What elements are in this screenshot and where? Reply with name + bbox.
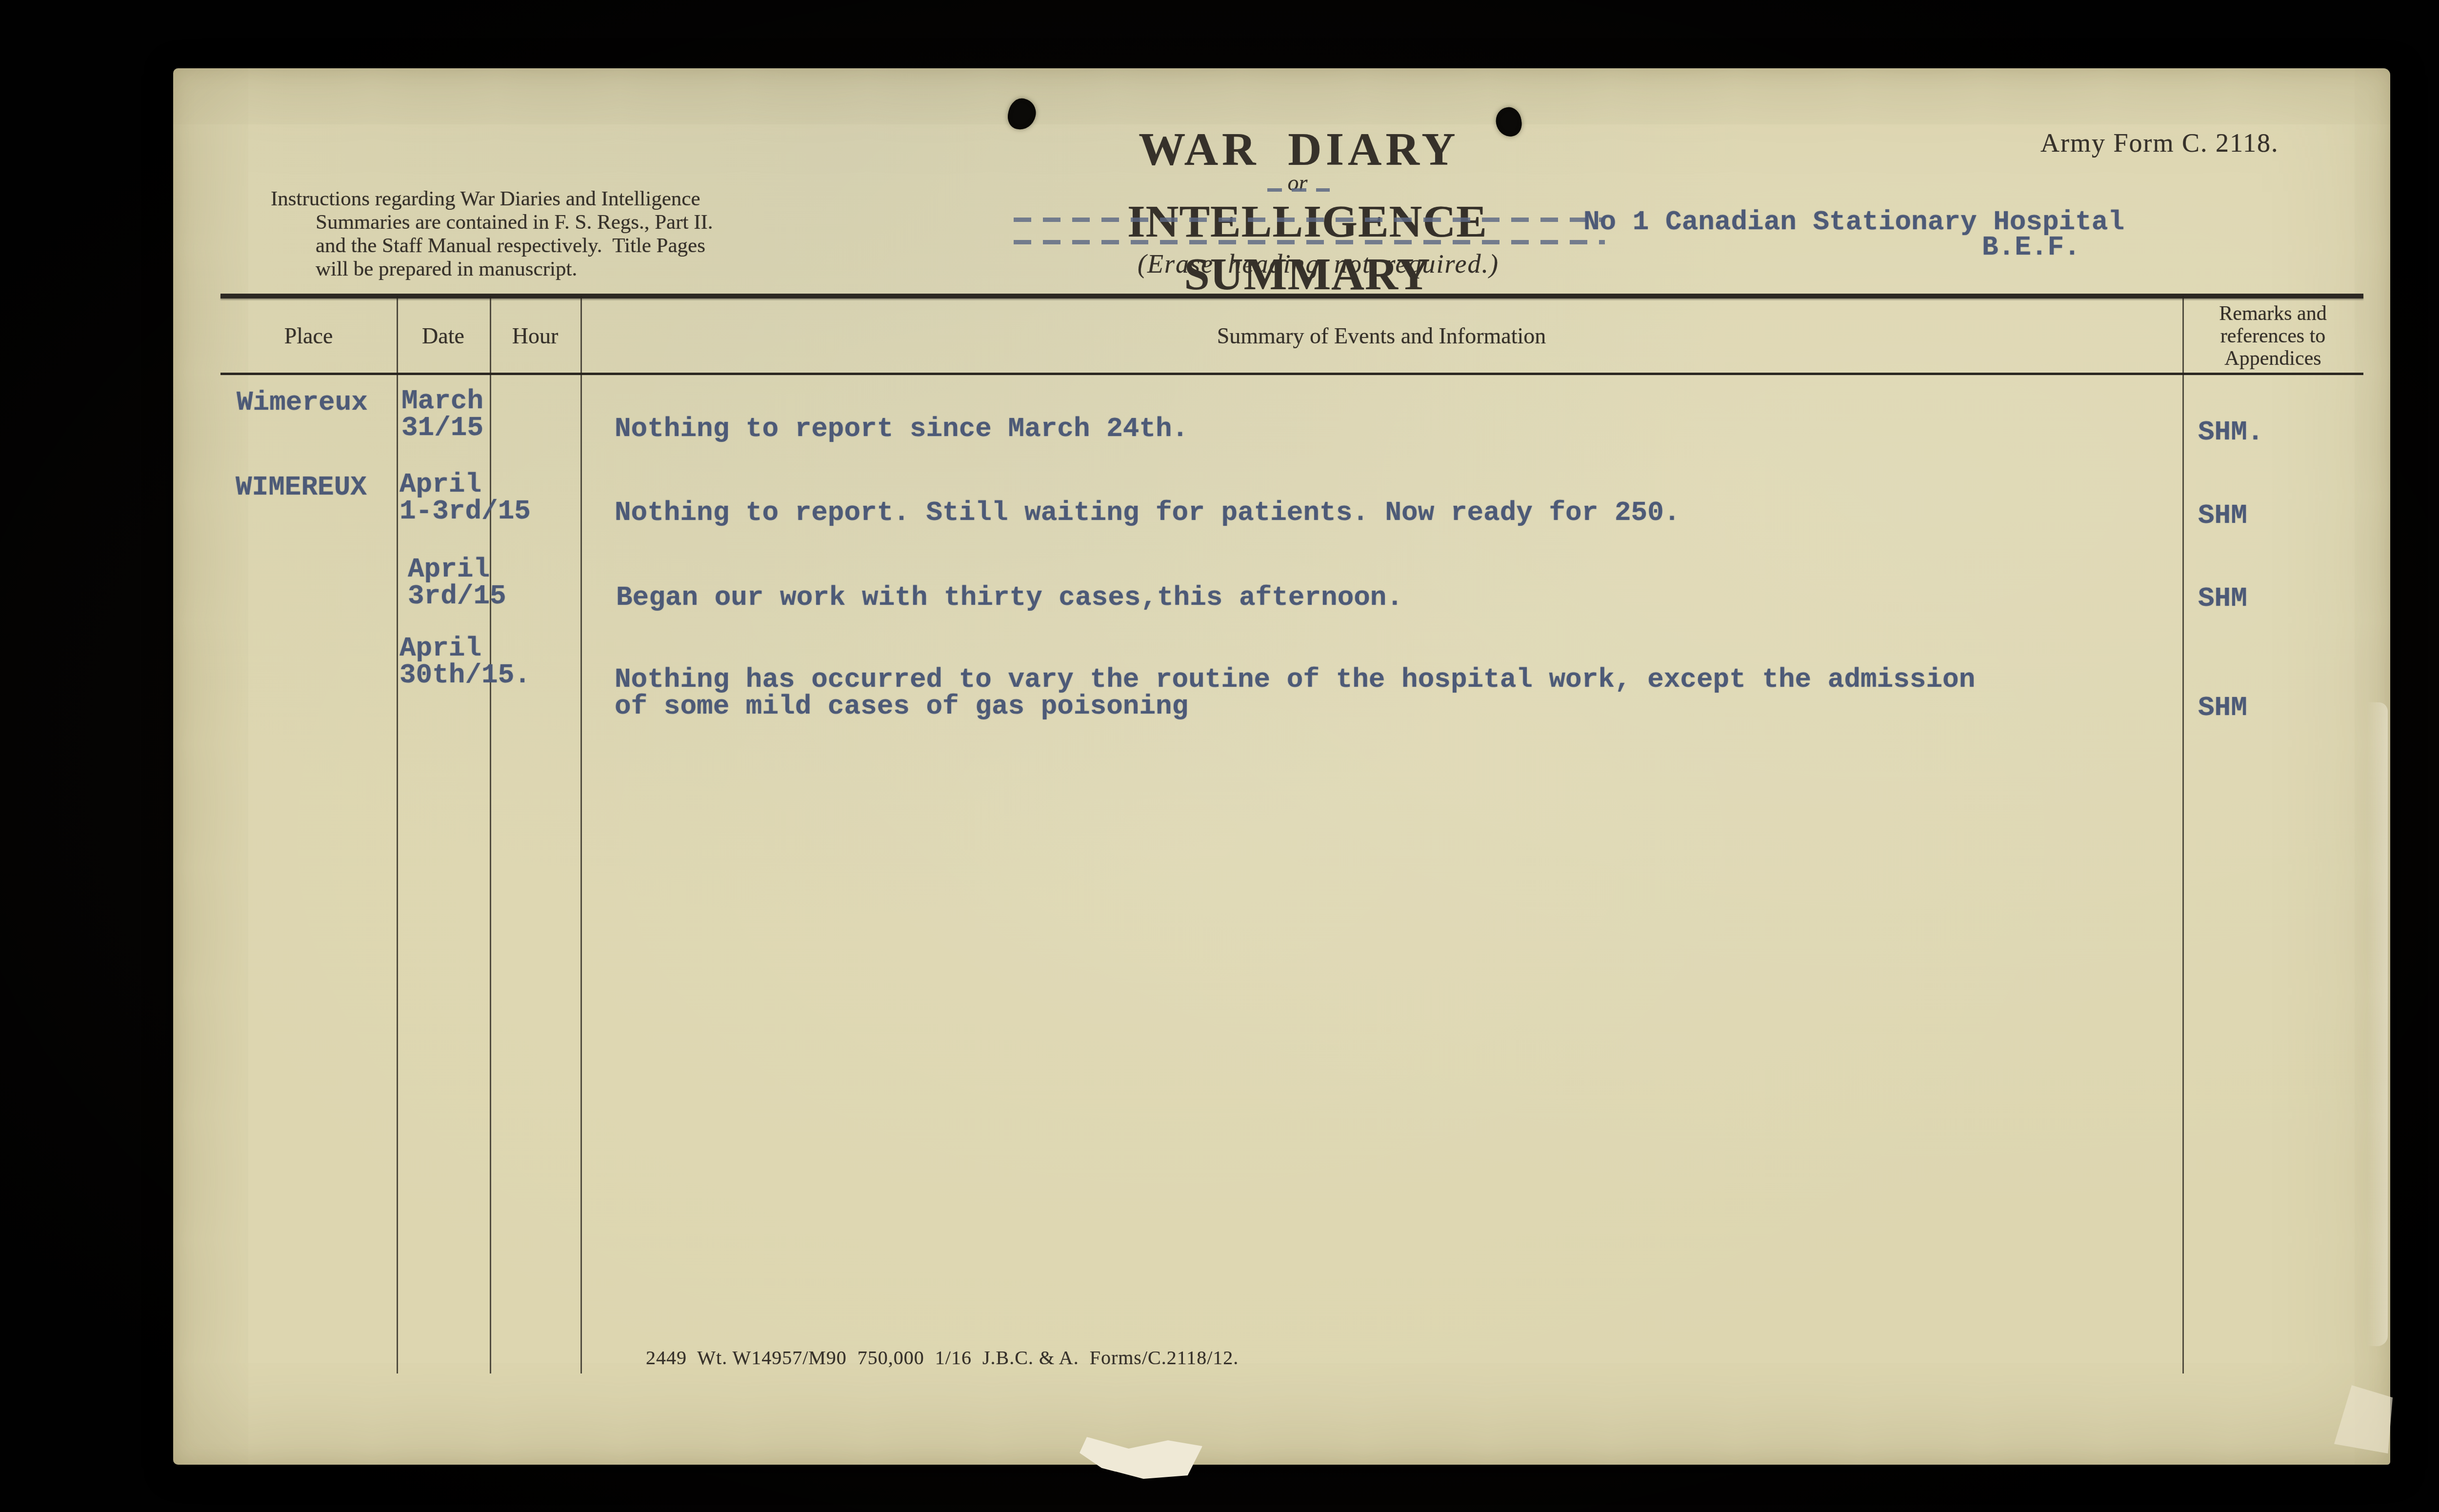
entry-date: April 3rd/15 [408, 556, 506, 610]
entry-summary: Nothing to report. Still waiting for pat… [615, 499, 1680, 526]
entry-remarks: SHM [2198, 695, 2247, 721]
form-number: Army Form C. 2118. [2040, 128, 2279, 158]
instructions-line: Instructions regarding War Diaries and I… [271, 187, 713, 211]
entry-summary: Nothing has occurred to vary the routine… [615, 666, 1975, 720]
torn-edge [1080, 1437, 1202, 1479]
entry-summary: Nothing to report since March 24th. [615, 416, 1188, 442]
column-header-remarks: Remarks and references to Appendices [2182, 302, 2363, 370]
typed-strikethrough-or [1267, 188, 1330, 192]
form-page: Army Form C. 2118. Instructions regardin… [173, 68, 2390, 1465]
instructions-line: will be prepared in manuscript. [316, 258, 713, 281]
instructions-line: and the Staff Manual respectively. Title… [316, 234, 713, 258]
typed-strikethrough-upper [1014, 218, 1605, 222]
entry-date: March 31/15 [401, 388, 483, 441]
erase-heading-note: (Erase heading not required.) [1138, 249, 1499, 279]
column-divider-hour-summary [580, 296, 582, 1373]
torn-edge [2367, 702, 2388, 1347]
typed-strikethrough-lower [1014, 240, 1605, 244]
table-header-rule [220, 373, 2363, 375]
title-intelligence-summary: INTELLIGENCE SUMMARY [1015, 195, 1600, 300]
entry-remarks: SHM. [2198, 419, 2263, 446]
column-header-summary: Summary of Events and Information [580, 323, 2182, 349]
title-war-diary: WAR DIARY [1099, 122, 1499, 176]
column-divider-date-hour [490, 296, 491, 1373]
title-or: or [1249, 170, 1346, 196]
unit-location: B.E.F. [1982, 234, 2080, 261]
instructions-note: Instructions regarding War Diaries and I… [271, 187, 713, 281]
printer-imprint: 2449 Wt. W14957/M90 750,000 1/16 J.B.C. … [646, 1346, 1239, 1369]
entry-remarks: SHM [2198, 502, 2247, 529]
column-divider-place-date [397, 296, 398, 1373]
entry-date: April 30th/15. [400, 635, 531, 689]
entry-date: April 1-3rd/15 [400, 471, 531, 525]
scan-background: { "form": { "form_number": "Army Form C.… [0, 0, 2439, 1512]
entry-place: Wimereux [237, 389, 368, 416]
entry-summary: Began our work with thirty cases,this af… [616, 584, 1403, 611]
column-header-hour: Hour [490, 323, 580, 349]
column-header-place: Place [220, 323, 397, 349]
column-header-date: Date [397, 323, 490, 349]
entry-remarks: SHM [2198, 585, 2247, 612]
punch-hole-left [1005, 96, 1039, 132]
column-divider-summary-remarks [2182, 296, 2184, 1373]
torn-edge [2334, 1385, 2393, 1453]
entry-place: WIMEREUX [236, 474, 367, 501]
table-top-rule [220, 294, 2363, 298]
instructions-line: Summaries are contained in F. S. Regs., … [316, 211, 713, 234]
